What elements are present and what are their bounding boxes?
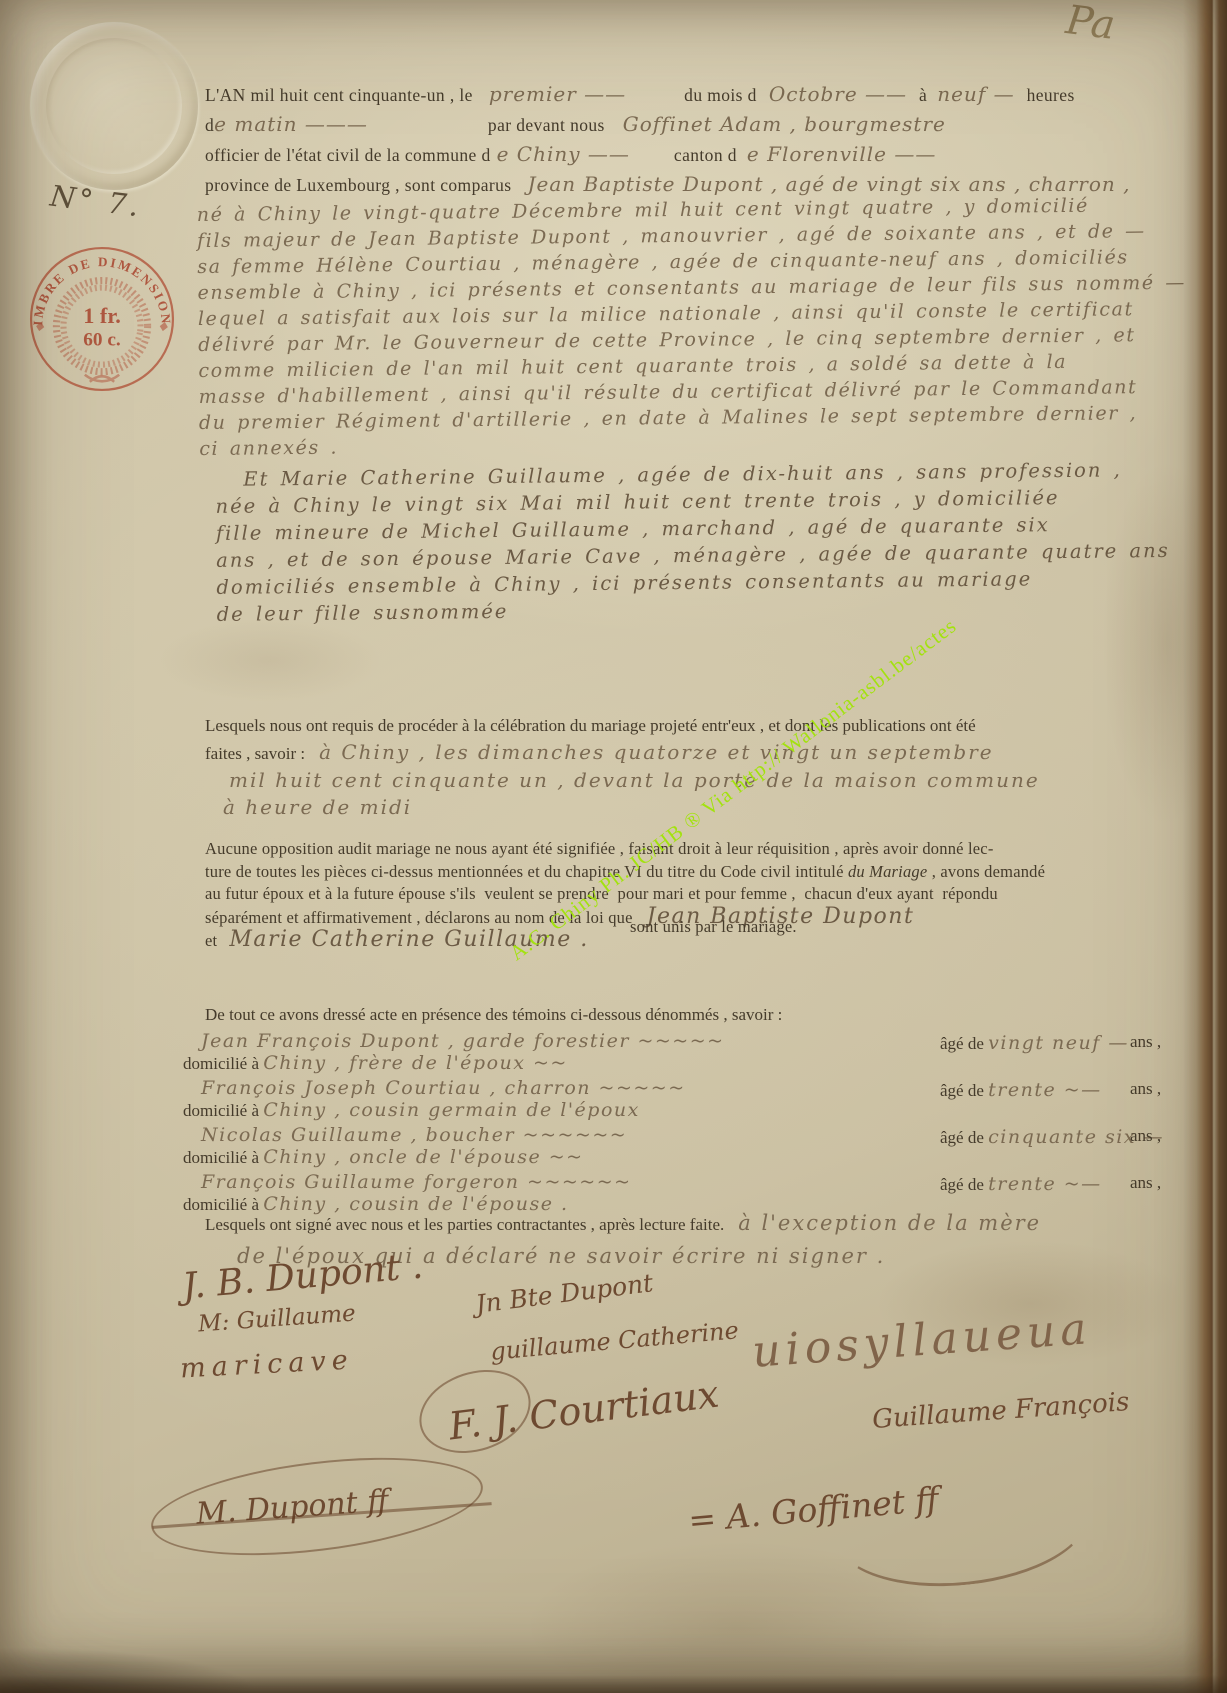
hw-age: trente ~— — [988, 1173, 1102, 1195]
witness-domicile: domicilié à Chiny , oncle de l'épouse ~~ — [183, 1147, 1165, 1168]
printed-text-with-italic: ture de toutes les pièces ci-dessus ment… — [205, 861, 1165, 884]
hw-hour: neuf — — [937, 82, 1014, 106]
closing-line-1: Lesquels ont signé avec nous et les part… — [205, 1210, 1185, 1238]
witness-age: âgé de trente ~— — [940, 1173, 1102, 1195]
signature-flourish — [830, 1455, 1095, 1598]
printed-text: d — [205, 115, 214, 135]
printed-label: ans , — [1130, 1126, 1161, 1146]
printed-label: ans , — [1130, 1173, 1161, 1193]
hw-age: vingt neuf — — [988, 1032, 1129, 1054]
witness-domicile: domicilié à Chiny , cousin germain de l'… — [183, 1100, 1165, 1121]
marriage-act-document: Pa N° 7. TIMBRE DE DIMENSION . 1 fr. 60 … — [0, 0, 1227, 1693]
hw-canton: e Florenville —— — [747, 142, 936, 166]
printed-text: et — [205, 931, 217, 950]
bottom-left-shadow — [0, 1647, 260, 1693]
hw-domicile: Chiny , frère de l'époux ~~ — [263, 1052, 568, 1074]
hw-exception-note: à l'exception de la mère — [738, 1211, 1041, 1235]
groom-paragraph: né à Chiny le vingt-quatre Décembre mil … — [197, 192, 1160, 462]
printed-text: Lesquels nous ont requis de procéder à l… — [205, 712, 1165, 739]
printed-text: Lesquels ont signé avec nous et les part… — [205, 1215, 724, 1234]
bride-paragraph: Et Marie Catherine Guillaume , agée de d… — [215, 456, 1157, 628]
printed-label: ans , — [1130, 1079, 1161, 1099]
opening-line-1: L'AN mil huit cent cinquante-un , leprem… — [205, 80, 1195, 110]
signature-illegible-large: uiosyllaueua — [751, 1303, 1093, 1378]
witness-row-2: François Joseph Courtiau , charron ~~~~~… — [205, 1074, 1165, 1121]
printed-italic-text: du Mariage — [848, 862, 927, 881]
witness-row-1: Jean François Dupont , garde forestier ~… — [205, 1027, 1165, 1074]
hw-age: trente ~— — [988, 1079, 1102, 1101]
no-opposition-paragraph: Aucune opposition audit mariage ne nous … — [205, 838, 1165, 953]
publications-line-2: faites , savoir :à Chiny , les dimanches… — [205, 739, 1165, 767]
signature-marie-cave: maricave — [179, 1344, 354, 1384]
publications-paragraph: Lesquels nous ont requis de procéder à l… — [205, 712, 1165, 821]
printed-label: âgé de — [940, 1034, 984, 1053]
signature-guillaume-francois: Guillaume François — [871, 1387, 1130, 1435]
witness-row-3: Nicolas Guillaume , boucher ~~~~~~ domic… — [205, 1121, 1165, 1168]
act-opening-lines: L'AN mil huit cent cinquante-un , leprem… — [205, 80, 1195, 200]
printed-label: âgé de — [940, 1081, 984, 1100]
printed-text: du mois d — [684, 85, 757, 105]
printed-text: heures — [1027, 85, 1075, 105]
opening-line-3: officier de l'état civil de la commune d… — [205, 140, 1195, 170]
printed-label: domicilié à — [183, 1148, 259, 1167]
signature-michel-guillaume: M: Guillaume — [197, 1301, 356, 1338]
union-line: etMarie Catherine Guillaume .sont unis p… — [205, 929, 1165, 953]
page-right-edge — [1183, 0, 1227, 1693]
printed-label: âgé de — [940, 1175, 984, 1194]
hw-time-of-day: e matin ——— — [214, 112, 368, 136]
signature-bride: guillaume Catherine — [489, 1316, 739, 1366]
hw-officer-name: Goffinet Adam , bourgmestre — [623, 112, 946, 136]
printed-label: domicilié à — [183, 1101, 259, 1120]
witnesses-section: De tout ce avons dressé acte en présence… — [205, 1003, 1165, 1215]
witness-domicile: domicilié à Chiny , frère de l'époux ~~ — [183, 1053, 1165, 1074]
printed-text: canton d — [674, 145, 737, 165]
hw-day: premier —— — [489, 82, 626, 106]
hw-domicile: Chiny , cousin germain de l'époux — [263, 1099, 640, 1121]
witness-age: âgé de vingt neuf — — [940, 1032, 1129, 1054]
printed-text: officier de l'état civil de la commune d — [205, 145, 491, 165]
printed-label: domicilié à — [183, 1054, 259, 1073]
hw-commune: e Chiny —— — [497, 142, 630, 166]
printed-text: par devant nous — [488, 115, 605, 135]
printed-text: au futur époux et à la future épouse s'i… — [205, 883, 1165, 906]
opening-line-2: de matin ———par devant nousGoffinet Adam… — [205, 110, 1195, 140]
hw-domicile: Chiny , oncle de l'épouse ~~ — [263, 1146, 583, 1168]
printed-text: faites , savoir : — [205, 744, 305, 763]
printed-text: sont unis par le mariage. — [630, 916, 797, 939]
printed-text: province de Luxembourg , sont comparus — [205, 175, 511, 195]
printed-text: L'AN mil huit cent cinquante-un , le — [205, 85, 473, 105]
witnesses-intro: De tout ce avons dressé acte en présence… — [205, 1003, 1165, 1027]
signature-groom-father: Jn Bte Dupont — [474, 1268, 655, 1319]
act-body: L'AN mil huit cent cinquante-un , leprem… — [0, 0, 1227, 1693]
hw-publication-dates: à Chiny , les dimanches quatorze et ving… — [319, 740, 994, 764]
hw-month: Octobre —— — [769, 82, 907, 106]
printed-label: ans , — [1130, 1032, 1161, 1052]
witness-row-4: François Guillaume forgeron ~~~~~~ domic… — [205, 1168, 1165, 1215]
printed-text: ture de toutes les pièces ci-dessus ment… — [205, 862, 848, 881]
witness-age: âgé de trente ~— — [940, 1079, 1102, 1101]
hw-publication-place: mil huit cent cinquante un , devant la p… — [229, 767, 1165, 794]
printed-text: à — [919, 85, 927, 105]
printed-text: , avons demandé — [927, 862, 1045, 881]
printed-label: âgé de — [940, 1128, 984, 1147]
